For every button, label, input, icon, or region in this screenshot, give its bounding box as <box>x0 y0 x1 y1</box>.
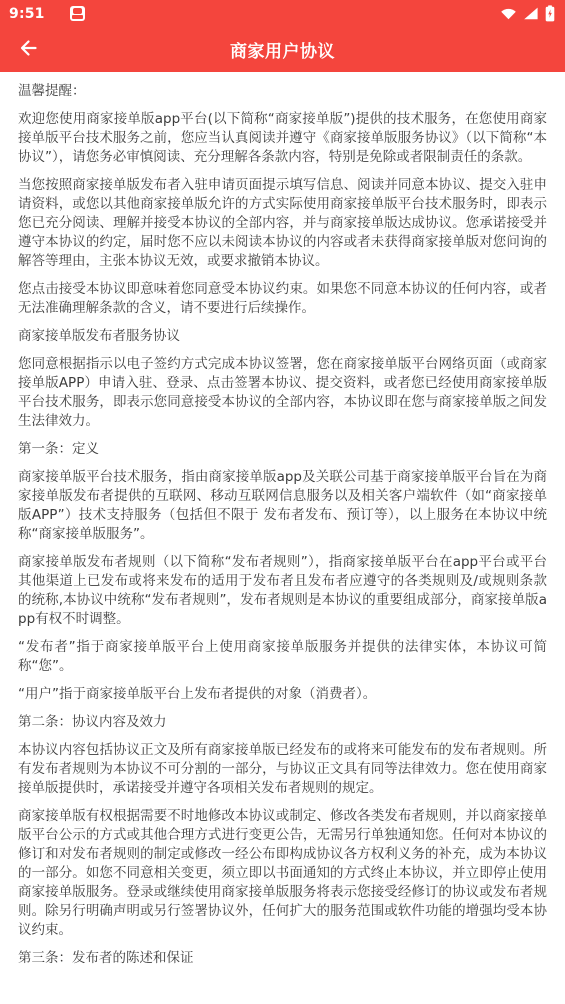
agreement-paragraph: 第三条：发布者的陈述和保证 <box>18 949 547 968</box>
agreement-paragraph: 当您按照商家接单版发布者入驻申请页面提示填写信息、阅读并同意本协议、提交入驻申请… <box>18 176 547 271</box>
agreement-paragraph: 您同意根据指示以电子签约方式完成本协议签署，您在商家接单版平台网络页面（或商家接… <box>18 355 547 431</box>
app-bar: 商家用户协议 <box>0 27 565 72</box>
agreement-paragraph: 您点击接受本协议即意味着您同意受本协议约束。如果您不同意本协议的任何内容，或者无… <box>18 280 547 318</box>
cellular-signal-icon <box>523 7 539 20</box>
app-screen: 9:51 <box>0 0 565 1004</box>
status-bar: 9:51 <box>0 0 565 27</box>
agreement-paragraph: 商家接单版发布者规则（以下简称“发布者规则”），指商家接单版平台在app平台或平… <box>18 553 547 629</box>
status-bar-right-icons <box>500 5 555 22</box>
page-title: 商家用户协议 <box>230 37 335 62</box>
battery-charging-icon <box>545 5 555 22</box>
agreement-paragraph: “发布者”指于商家接单版平台上使用商家接单版服务并提供的法律实体，本协议可简称“… <box>18 638 547 676</box>
agreement-paragraph: 商家接单版发布者服务协议 <box>18 327 547 346</box>
agreement-paragraph: 第一条：定义 <box>18 440 547 459</box>
status-bar-time: 9:51 <box>9 6 45 22</box>
agreement-paragraph: 温馨提醒： <box>18 82 547 101</box>
agreement-paragraph: 第二条：协议内容及效力 <box>18 713 547 732</box>
agreement-paragraph: “用户”指于商家接单版平台上发布者提供的对象（消费者）。 <box>18 685 547 704</box>
app-notification-icon <box>70 6 85 21</box>
agreement-paragraph: 欢迎您使用商家接单版app平台(以下简称“商家接单版”)提供的技术服务，在您使用… <box>18 110 547 167</box>
agreement-paragraph: 商家接单版平台技术服务，指由商家接单版app及关联公司基于商家接单版平台旨在为商… <box>18 468 547 544</box>
back-button[interactable] <box>14 36 42 64</box>
wifi-icon <box>500 7 517 20</box>
agreement-paragraph: 本协议内容包括协议正文及所有商家接单版已经发布的或将来可能发布的发布者规则。所有… <box>18 741 547 798</box>
back-arrow-icon <box>17 37 39 62</box>
agreement-body[interactable]: 温馨提醒：欢迎您使用商家接单版app平台(以下简称“商家接单版”)提供的技术服务… <box>0 72 565 1004</box>
agreement-paragraph: 商家接单版有权根据需要不时地修改本协议或制定、修改各类发布者规则，并以商家接单版… <box>18 807 547 940</box>
